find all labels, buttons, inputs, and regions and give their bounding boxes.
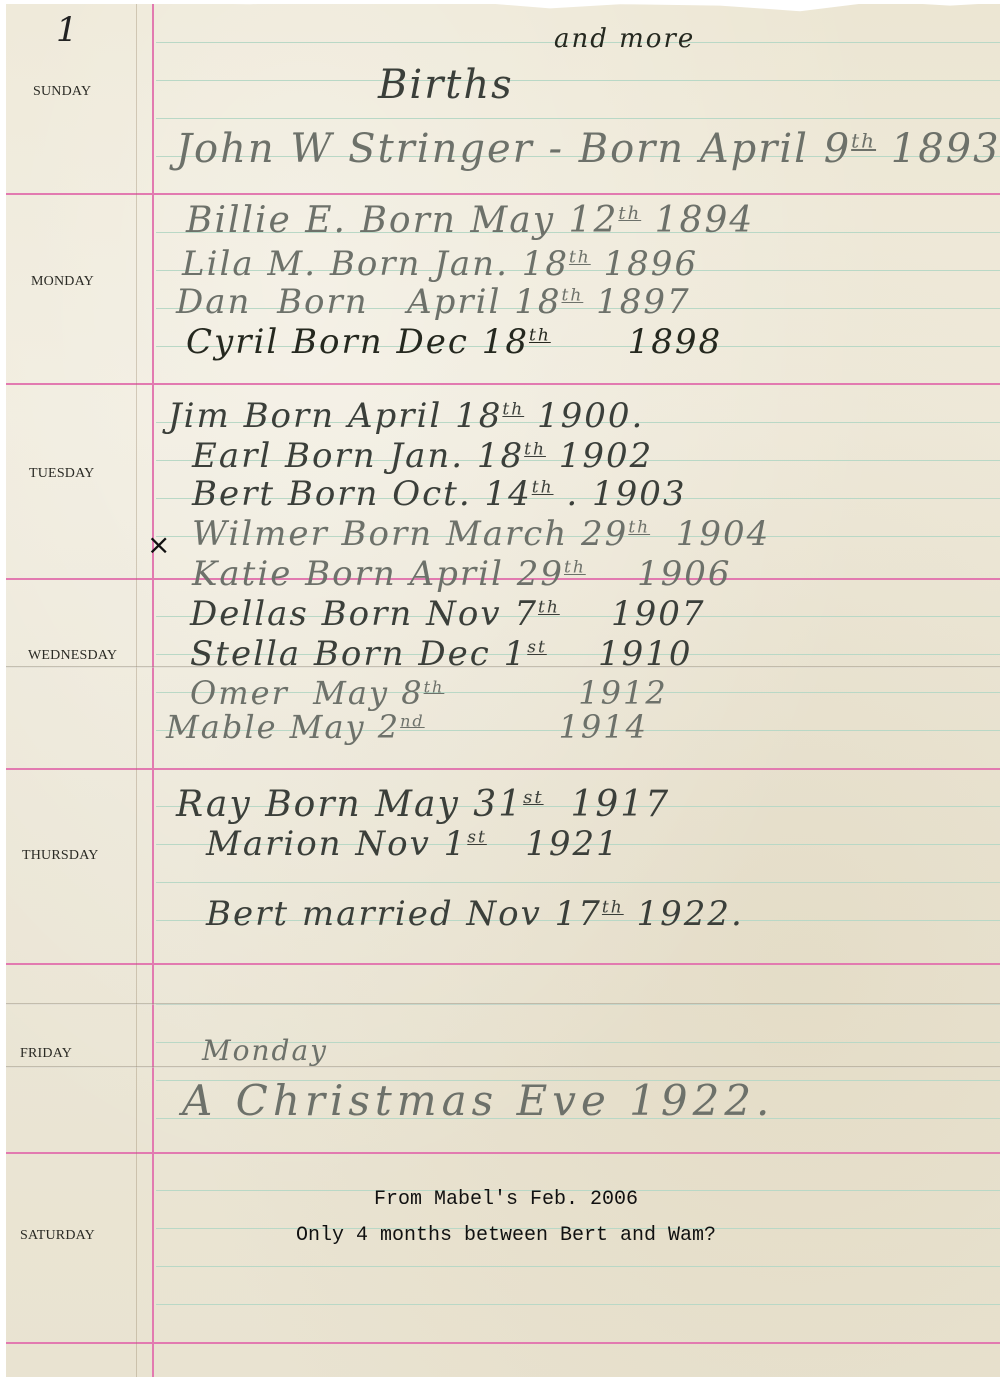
birth-entry: Mable May 2nd 1914	[166, 708, 648, 746]
birth-entry: Lila M. Born Jan. 18th 1896	[182, 244, 698, 284]
birth-entry: Cyril Born Dec 18th 1898	[186, 322, 722, 362]
births-title: Births	[378, 62, 514, 108]
section-divider	[6, 383, 1000, 385]
birth-entry: Marion Nov 1st 1921	[206, 824, 620, 864]
fold-crease	[136, 4, 137, 1377]
birth-entry: Dellas Born Nov 7th 1907	[190, 594, 706, 634]
fold-crease	[6, 1003, 1000, 1005]
x-mark: ×	[147, 528, 170, 561]
day-label-wednesday: WEDNESDAY	[28, 648, 117, 664]
monday-note: Monday	[202, 1034, 328, 1067]
annotation-line-2: Only 4 months between Bert and Wam?	[6, 1224, 1000, 1247]
birth-entry: Katie Born April 29th 1906	[192, 554, 732, 594]
birth-entry: Ray Born May 31st 1917	[176, 784, 670, 825]
birth-entry: Billie E. Born May 12th 1894	[186, 200, 754, 241]
birth-entry: Stella Born Dec 1st 1910	[190, 634, 693, 674]
birth-entry: Omer May 8th 1912	[190, 674, 668, 712]
annotation-line-1: From Mabel's Feb. 2006	[6, 1188, 1000, 1211]
day-label-sunday: SUNDAY	[33, 84, 91, 100]
day-label-monday: MONDAY	[31, 274, 94, 290]
birth-entry: Earl Born Jan. 18th 1902	[192, 436, 653, 476]
fold-crease	[6, 1066, 1000, 1068]
birth-entry: Jim Born April 18th 1900.	[168, 396, 644, 436]
birth-entry: Dan Born April 18th 1897	[176, 282, 691, 322]
header-scribble: and more	[554, 24, 695, 54]
birth-entry: Bert Born Oct. 14th . 1903	[192, 474, 686, 514]
christmas-eve-entry: A Christmas Eve 1922.	[182, 1076, 774, 1125]
section-divider	[6, 193, 1000, 195]
marriage-entry: Bert married Nov 17th 1922.	[206, 894, 744, 934]
margin-line	[152, 4, 154, 1377]
section-divider	[6, 1152, 1000, 1154]
birth-entry: John W Stringer - Born April 9th 1893.	[176, 126, 1000, 172]
birth-entry: Wilmer Born March 29th 1904	[192, 514, 770, 554]
section-divider	[6, 1342, 1000, 1344]
day-label-friday: FRIDAY	[20, 1046, 72, 1062]
ledger-page: 1 SUNDAY MONDAY TUESDAY WEDNESDAY THURSD…	[6, 4, 1000, 1377]
section-divider	[6, 963, 1000, 965]
page-number: 1	[56, 10, 78, 50]
day-label-thursday: THURSDAY	[22, 848, 99, 864]
day-label-tuesday: TUESDAY	[29, 466, 94, 482]
section-divider	[6, 768, 1000, 770]
